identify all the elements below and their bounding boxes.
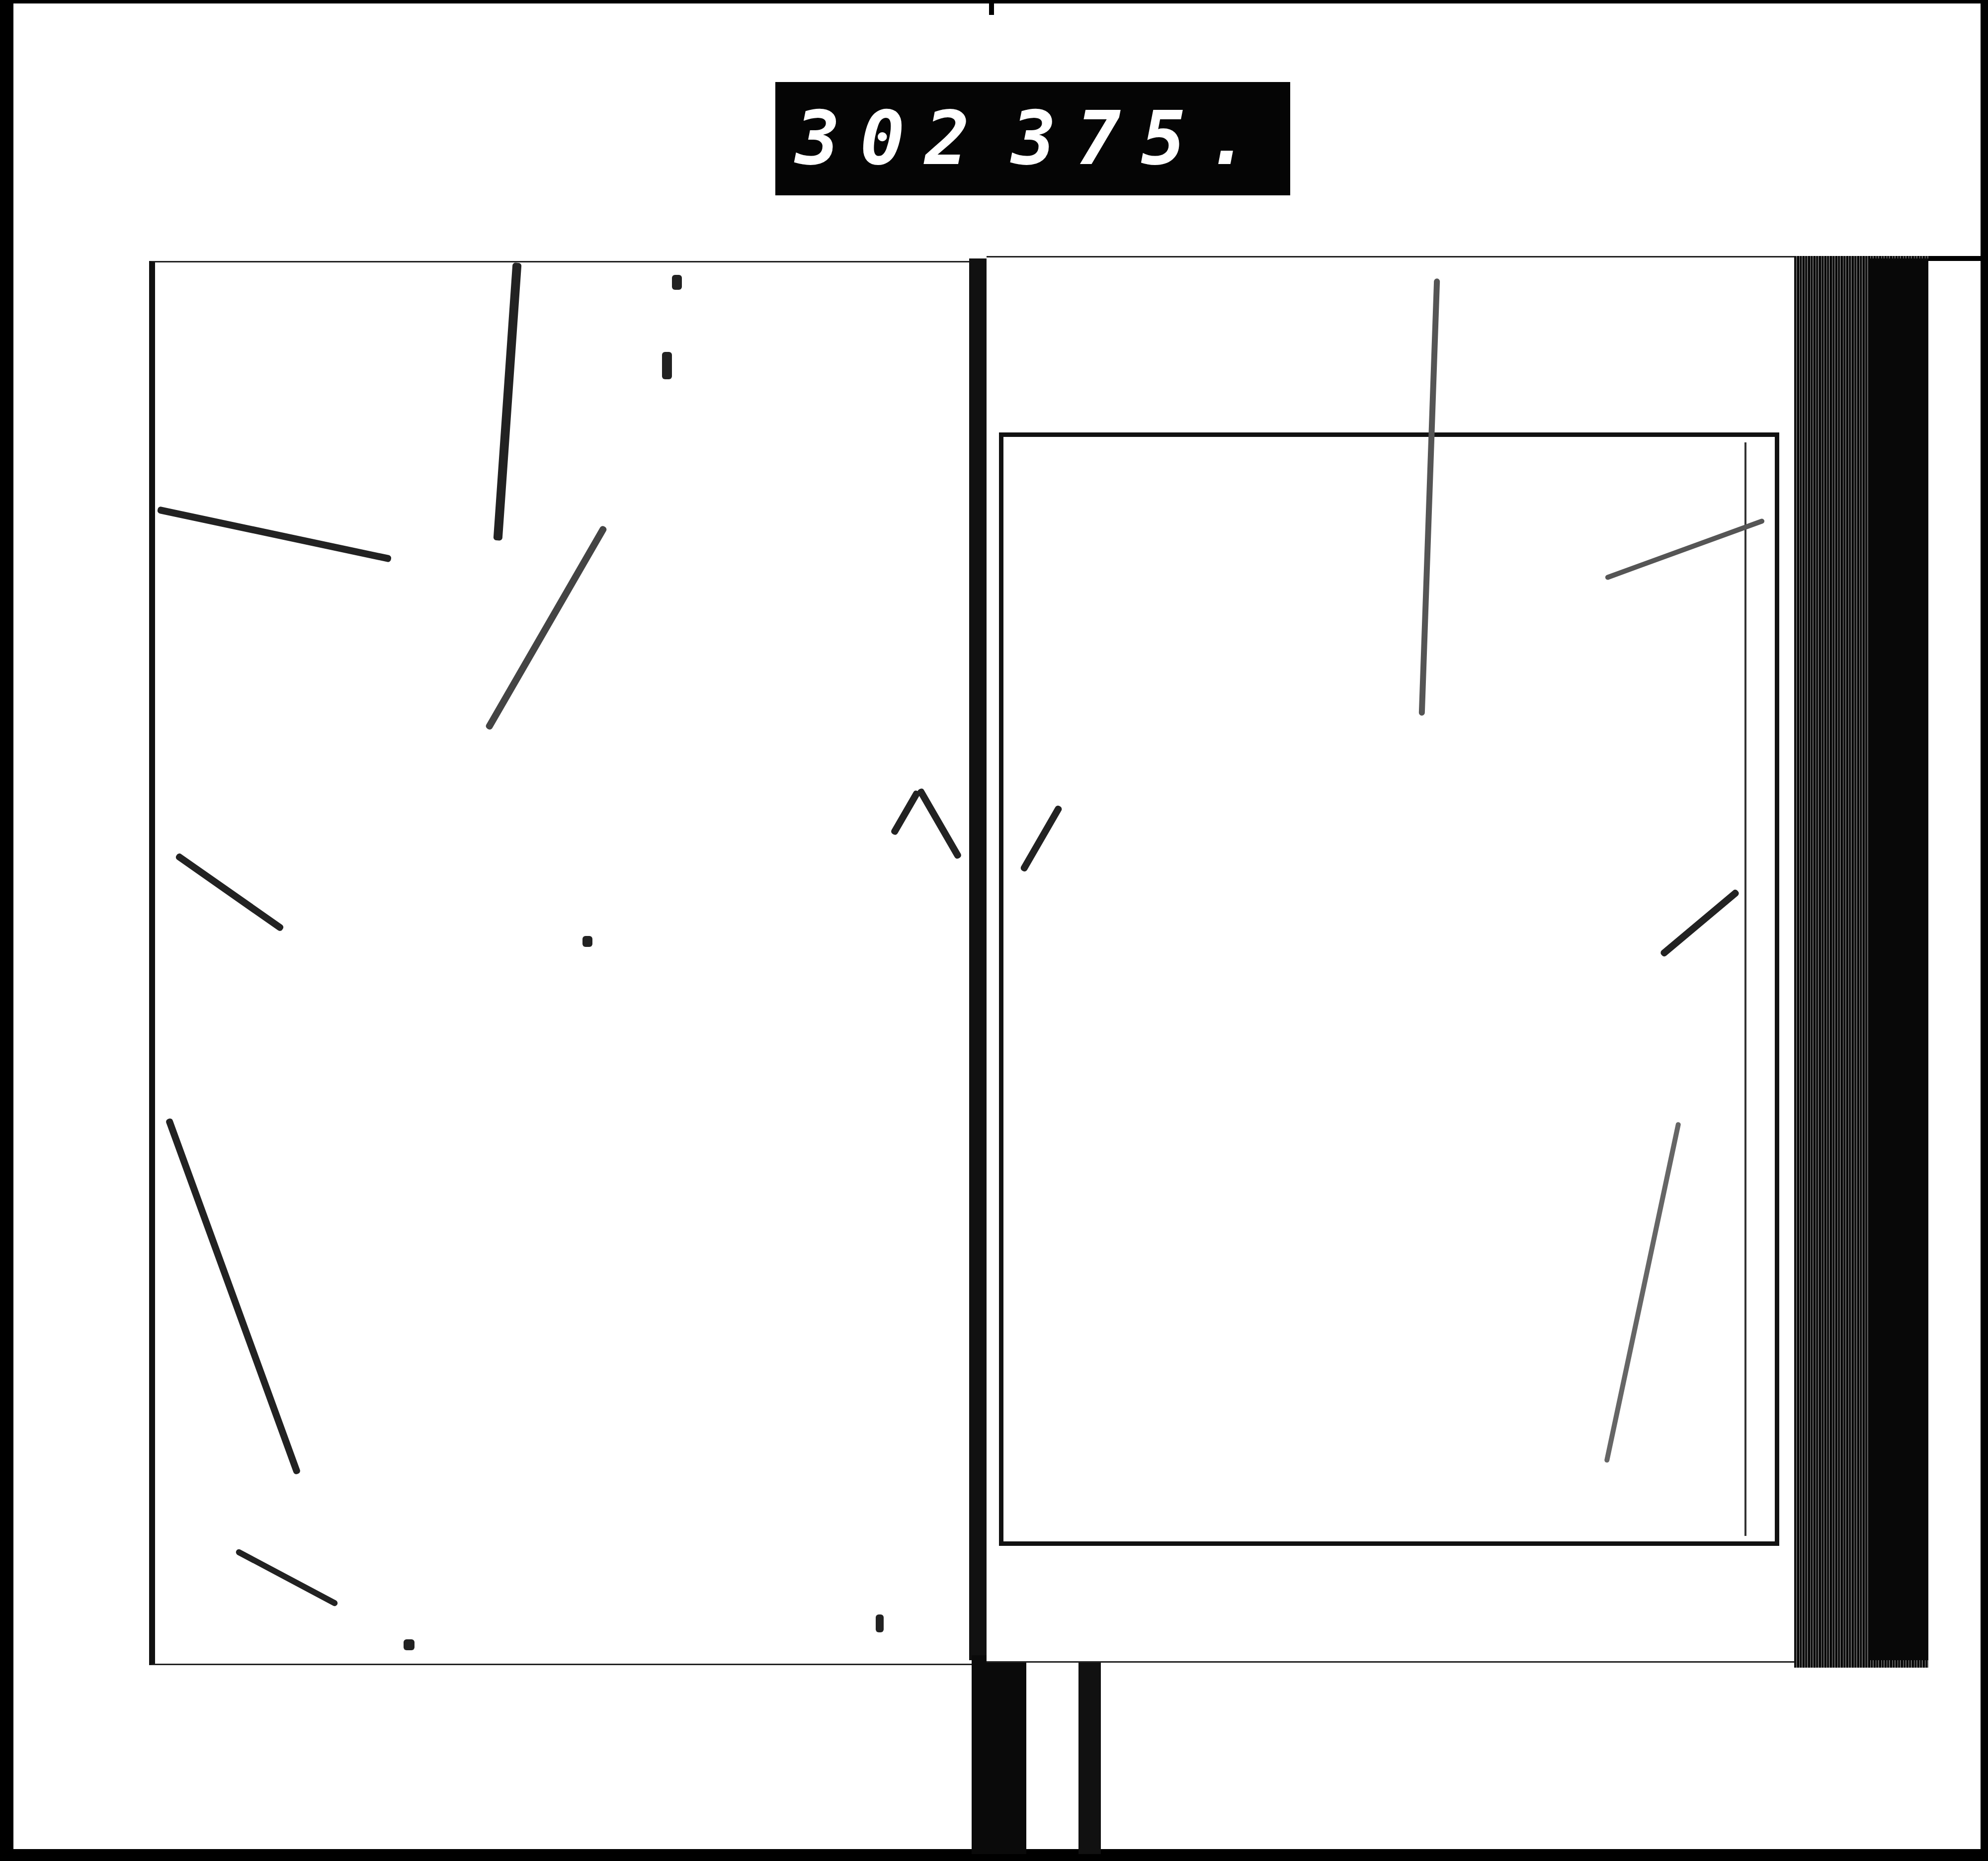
film-frame-left xyxy=(0,0,13,1861)
wormhole-damage xyxy=(485,525,607,731)
faint-text-column xyxy=(1153,646,1183,1491)
wormhole-damage xyxy=(493,262,521,541)
ink-spot xyxy=(582,936,592,947)
ink-spot xyxy=(876,1614,884,1632)
frame-counter: 302 375. xyxy=(775,82,1290,195)
ink-spot xyxy=(662,352,672,379)
book-spine-bottom xyxy=(972,1655,1026,1854)
wormhole-damage xyxy=(174,852,284,932)
ink-spot xyxy=(404,1639,414,1650)
wormhole-damage xyxy=(235,1548,339,1607)
left-page xyxy=(149,261,974,1665)
counter-right-number: 375. xyxy=(1011,95,1270,182)
film-frame-right xyxy=(1981,0,1988,1861)
film-frame-notch xyxy=(989,0,994,15)
film-frame-top xyxy=(0,0,1988,3)
faint-text-column xyxy=(1098,646,1128,1491)
wormhole-damage xyxy=(165,1118,301,1475)
wormhole-damage xyxy=(890,789,921,836)
book-spine-bottom-edge xyxy=(1078,1660,1101,1854)
ink-spot xyxy=(672,275,682,290)
page-border-rule xyxy=(1744,442,1746,1536)
cover-top-edge xyxy=(1928,256,1983,261)
counter-left-number: 302 xyxy=(795,95,990,182)
book-spine-gutter xyxy=(969,258,987,1660)
wormhole-damage xyxy=(157,506,392,562)
book-cover-edge xyxy=(1869,258,1928,1660)
